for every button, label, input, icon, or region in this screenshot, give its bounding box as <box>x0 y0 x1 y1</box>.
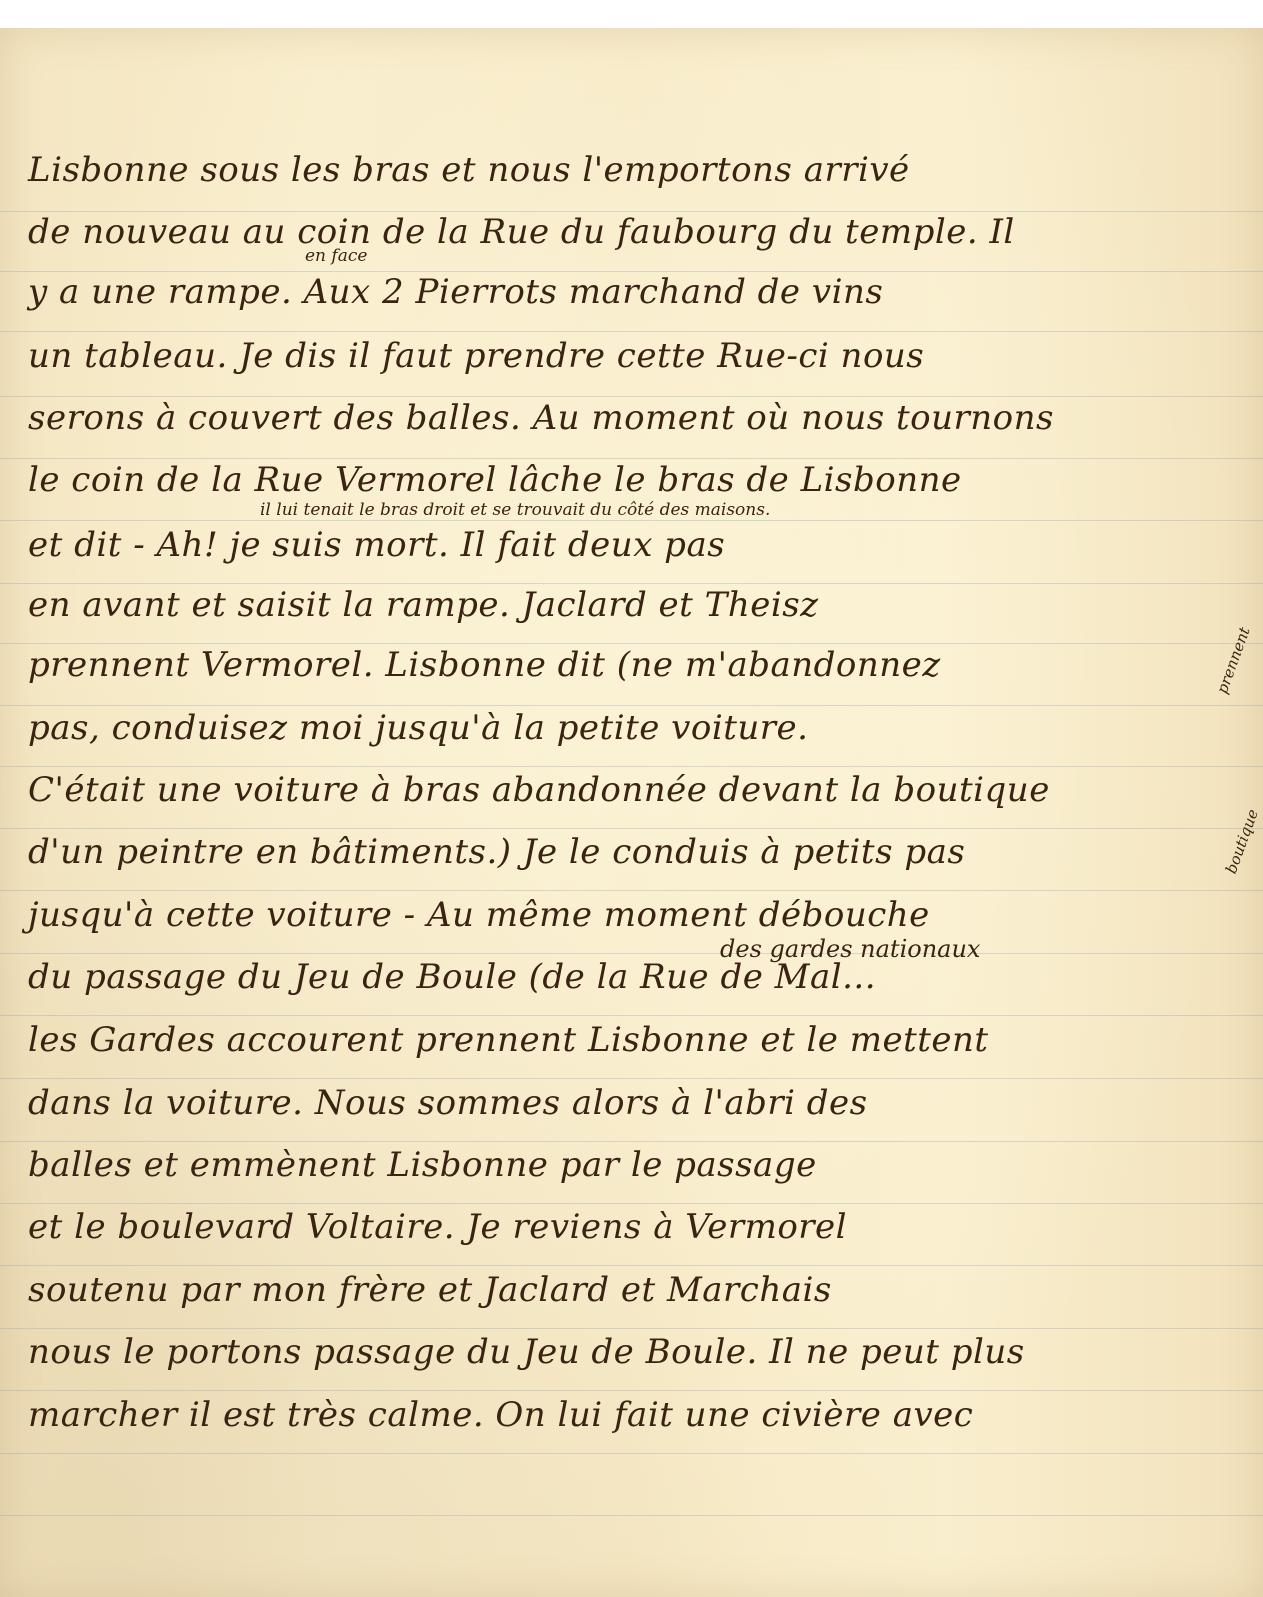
ruled-line <box>0 705 1263 706</box>
ruled-line <box>0 396 1263 397</box>
text-line: le coin de la Rue Vermorel lâche le bras… <box>28 460 1228 500</box>
ruled-line <box>0 1203 1263 1204</box>
text-line: en avant et saisit la rampe. Jaclard et … <box>28 585 1228 625</box>
text-line: nous le portons passage du Jeu de Boule.… <box>28 1332 1228 1372</box>
interlinear-insertion: en face <box>305 246 367 266</box>
ruled-line <box>0 953 1263 954</box>
ruled-line <box>0 1515 1263 1516</box>
ruled-line <box>0 331 1263 332</box>
ruled-line <box>0 458 1263 459</box>
text-line: serons à couvert des balles. Au moment o… <box>28 398 1228 438</box>
ruled-line <box>0 1390 1263 1391</box>
text-line: C'était une voiture à bras abandonnée de… <box>28 770 1228 810</box>
ruled-line <box>0 1453 1263 1454</box>
text-line: dans la voiture. Nous sommes alors à l'a… <box>28 1083 1228 1123</box>
ruled-line <box>0 583 1263 584</box>
ruled-line <box>0 643 1263 644</box>
ruled-line <box>0 1265 1263 1266</box>
ruled-line <box>0 1328 1263 1329</box>
text-line: balles et emmènent Lisbonne par le passa… <box>28 1145 1228 1185</box>
text-line: un tableau. Je dis il faut prendre cette… <box>28 336 1228 376</box>
text-line: du passage du Jeu de Boule (de la Rue de… <box>28 957 1228 997</box>
ruled-line <box>0 890 1263 891</box>
interlinear-insertion: il lui tenait le bras droit et se trouva… <box>260 500 770 520</box>
text-line: les Gardes accourent prennent Lisbonne e… <box>28 1020 1228 1060</box>
text-line: d'un peintre en bâtiments.) Je le condui… <box>28 832 1228 872</box>
ruled-line <box>0 766 1263 767</box>
text-line: de nouveau au coin de la Rue du faubourg… <box>28 212 1228 252</box>
text-line: et dit - Ah! je suis mort. Il fait deux … <box>28 525 1228 565</box>
text-line: prennent Vermorel. Lisbonne dit (ne m'ab… <box>28 645 1228 685</box>
text-line: marcher il est très calme. On lui fait u… <box>28 1395 1228 1435</box>
ruled-line <box>0 1078 1263 1079</box>
ruled-line <box>0 520 1263 521</box>
text-line: et le boulevard Voltaire. Je reviens à V… <box>28 1207 1228 1247</box>
ruled-line <box>0 828 1263 829</box>
text-line: pas, conduisez moi jusqu'à la petite voi… <box>28 708 1228 748</box>
ruled-line <box>0 1015 1263 1016</box>
text-line: Lisbonne sous les bras et nous l'emporto… <box>28 150 1228 190</box>
text-line: soutenu par mon frère et Jaclard et Marc… <box>28 1270 1228 1310</box>
text-line: jusqu'à cette voiture - Au même moment d… <box>28 895 1228 935</box>
ruled-line <box>0 1141 1263 1142</box>
text-line: y a une rampe. Aux 2 Pierrots marchand d… <box>28 272 1228 312</box>
